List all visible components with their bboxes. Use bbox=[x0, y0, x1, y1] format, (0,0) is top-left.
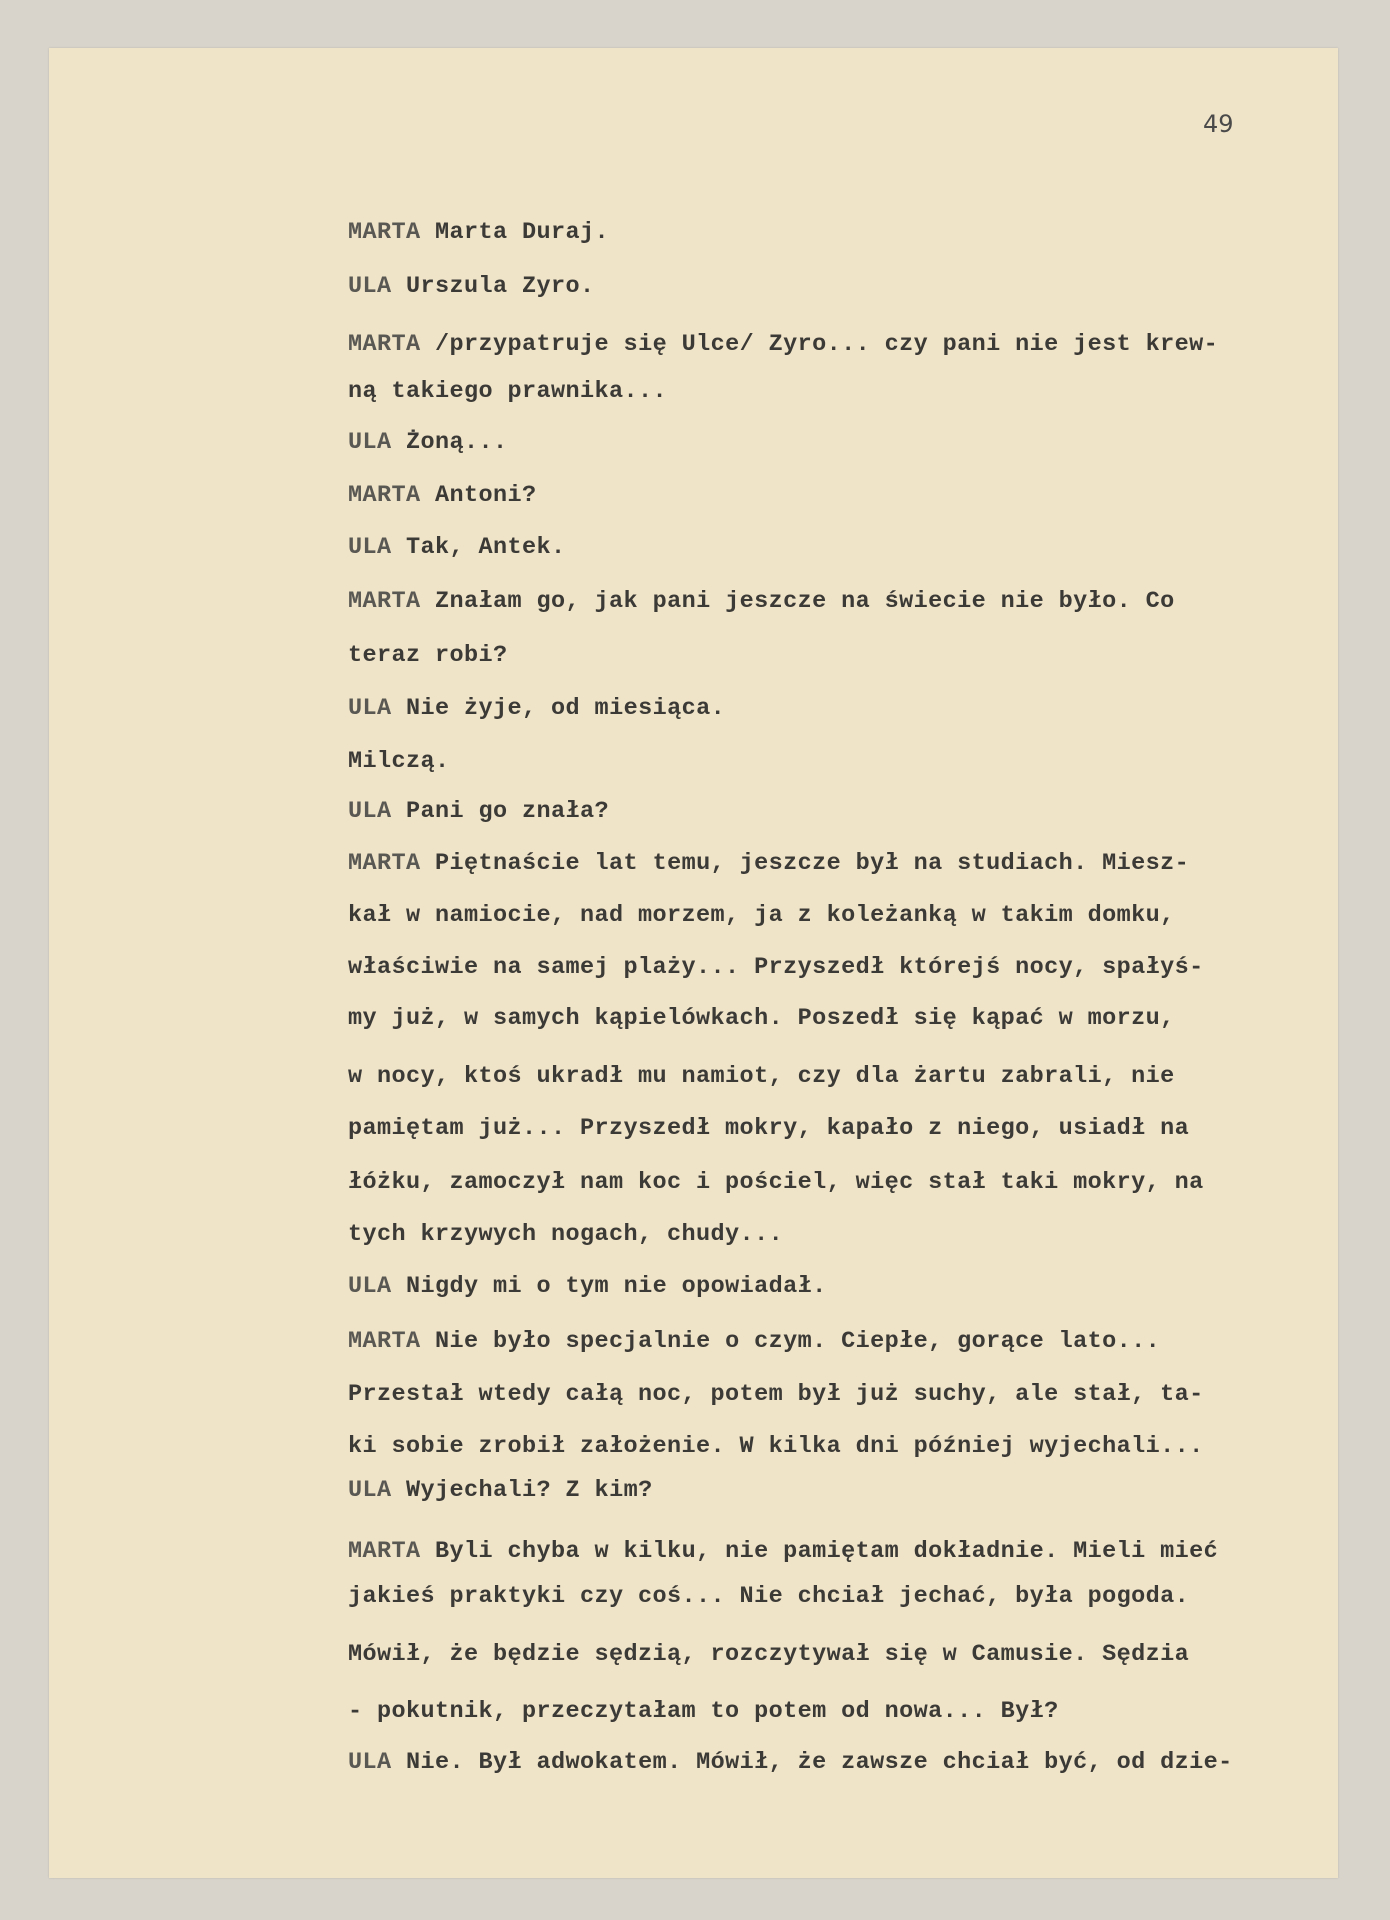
line-text: Tak, Antek. bbox=[406, 534, 566, 561]
dialogue-line: ULA Żoną... bbox=[348, 428, 508, 458]
speaker-name: MARTA bbox=[348, 331, 421, 358]
speaker-name: MARTA bbox=[348, 482, 421, 509]
line-text: Marta Duraj. bbox=[435, 219, 609, 246]
continuation-line: - pokutnik, przeczytałam to potem od now… bbox=[348, 1697, 1059, 1727]
line-text: Milczą. bbox=[348, 748, 450, 775]
speaker-name: ULA bbox=[348, 1749, 392, 1776]
line-text: Nie było specjalnie o czym. Ciepłe, gorą… bbox=[435, 1328, 1160, 1355]
continuation-line: kał w namiocie, nad morzem, ja z koleżan… bbox=[348, 901, 1175, 931]
line-text: Pani go znała? bbox=[406, 798, 609, 825]
speaker-name: MARTA bbox=[348, 1538, 421, 1565]
dialogue-line: MARTA /przypatruje się Ulce/ Zyro... czy… bbox=[348, 330, 1218, 360]
line-text: teraz robi? bbox=[348, 642, 508, 669]
continuation-line: tych krzywych nogach, chudy... bbox=[348, 1220, 783, 1250]
line-text: Nie. Był adwokatem. Mówił, że zawsze chc… bbox=[406, 1749, 1233, 1776]
line-text: Mówił, że będzie sędzią, rozczytywał się… bbox=[348, 1641, 1189, 1668]
continuation-line: właściwie na samej plaży... Przyszedł kt… bbox=[348, 953, 1204, 983]
speaker-name: MARTA bbox=[348, 1328, 421, 1355]
dialogue-line: MARTA Antoni? bbox=[348, 481, 537, 511]
line-text: Urszula Zyro. bbox=[406, 273, 595, 300]
dialogue-line: ULA Wyjechali? Z kim? bbox=[348, 1476, 653, 1506]
speaker-name: ULA bbox=[348, 273, 392, 300]
line-text: /przypatruje się Ulce/ Zyro... czy pani … bbox=[435, 331, 1218, 358]
line-text: Znałam go, jak pani jeszcze na świecie n… bbox=[435, 588, 1175, 615]
continuation-line: teraz robi? bbox=[348, 641, 508, 671]
continuation-line: Przestał wtedy całą noc, potem był już s… bbox=[348, 1380, 1204, 1410]
line-text: Nie żyje, od miesiąca. bbox=[406, 695, 725, 722]
dialogue-line: MARTA Byli chyba w kilku, nie pamiętam d… bbox=[348, 1537, 1218, 1567]
dialogue-line: ULA Tak, Antek. bbox=[348, 533, 566, 563]
line-text: ki sobie zrobił założenie. W kilka dni p… bbox=[348, 1433, 1204, 1460]
line-text: Przestał wtedy całą noc, potem był już s… bbox=[348, 1381, 1204, 1408]
line-text: właściwie na samej plaży... Przyszedł kt… bbox=[348, 954, 1204, 981]
speaker-name: MARTA bbox=[348, 219, 421, 246]
speaker-name: ULA bbox=[348, 798, 392, 825]
dialogue-line: MARTA Nie było specjalnie o czym. Ciepłe… bbox=[348, 1327, 1160, 1357]
line-text: Byli chyba w kilku, nie pamiętam dokładn… bbox=[435, 1538, 1218, 1565]
line-text: pamiętam już... Przyszedł mokry, kapało … bbox=[348, 1115, 1189, 1142]
dialogue-line: ULA Nigdy mi o tym nie opowiadał. bbox=[348, 1272, 827, 1302]
page-number: 49 bbox=[1203, 110, 1234, 138]
speaker-name: MARTA bbox=[348, 850, 421, 877]
line-text: w nocy, ktoś ukradł mu namiot, czy dla ż… bbox=[348, 1063, 1175, 1090]
dialogue-line: MARTA Marta Duraj. bbox=[348, 218, 609, 248]
line-text: - pokutnik, przeczytałam to potem od now… bbox=[348, 1698, 1059, 1725]
continuation-line: ną takiego prawnika... bbox=[348, 377, 667, 407]
line-text: Wyjechali? Z kim? bbox=[406, 1477, 653, 1504]
dialogue-line: ULA Nie żyje, od miesiąca. bbox=[348, 694, 725, 724]
speaker-name: ULA bbox=[348, 534, 392, 561]
line-text: Piętnaście lat temu, jeszcze był na stud… bbox=[435, 850, 1189, 877]
continuation-line: pamiętam już... Przyszedł mokry, kapało … bbox=[348, 1114, 1189, 1144]
line-text: my już, w samych kąpielówkach. Poszedł s… bbox=[348, 1005, 1175, 1032]
continuation-line: jakieś praktyki czy coś... Nie chciał je… bbox=[348, 1582, 1189, 1612]
line-text: ną takiego prawnika... bbox=[348, 378, 667, 405]
speaker-name: ULA bbox=[348, 1477, 392, 1504]
dialogue-line: ULA Urszula Zyro. bbox=[348, 272, 595, 302]
continuation-line: w nocy, ktoś ukradł mu namiot, czy dla ż… bbox=[348, 1062, 1175, 1092]
line-text: Antoni? bbox=[435, 482, 537, 509]
continuation-line: my już, w samych kąpielówkach. Poszedł s… bbox=[348, 1004, 1175, 1034]
dialogue-line: MARTA Znałam go, jak pani jeszcze na świ… bbox=[348, 587, 1175, 617]
continuation-line: Milczą. bbox=[348, 747, 450, 777]
continuation-line: łóżku, zamoczył nam koc i pościel, więc … bbox=[348, 1168, 1204, 1198]
line-text: jakieś praktyki czy coś... Nie chciał je… bbox=[348, 1583, 1189, 1610]
line-text: Nigdy mi o tym nie opowiadał. bbox=[406, 1273, 827, 1300]
speaker-name: MARTA bbox=[348, 588, 421, 615]
line-text: Żoną... bbox=[406, 429, 508, 456]
speaker-name: ULA bbox=[348, 1273, 392, 1300]
continuation-line: ki sobie zrobił założenie. W kilka dni p… bbox=[348, 1432, 1204, 1462]
line-text: kał w namiocie, nad morzem, ja z koleżan… bbox=[348, 902, 1175, 929]
dialogue-line: ULA Nie. Był adwokatem. Mówił, że zawsze… bbox=[348, 1748, 1233, 1778]
dialogue-line: ULA Pani go znała? bbox=[348, 797, 609, 827]
continuation-line: Mówił, że będzie sędzią, rozczytywał się… bbox=[348, 1640, 1189, 1670]
speaker-name: ULA bbox=[348, 695, 392, 722]
line-text: tych krzywych nogach, chudy... bbox=[348, 1221, 783, 1248]
speaker-name: ULA bbox=[348, 429, 392, 456]
line-text: łóżku, zamoczył nam koc i pościel, więc … bbox=[348, 1169, 1204, 1196]
dialogue-line: MARTA Piętnaście lat temu, jeszcze był n… bbox=[348, 849, 1189, 879]
